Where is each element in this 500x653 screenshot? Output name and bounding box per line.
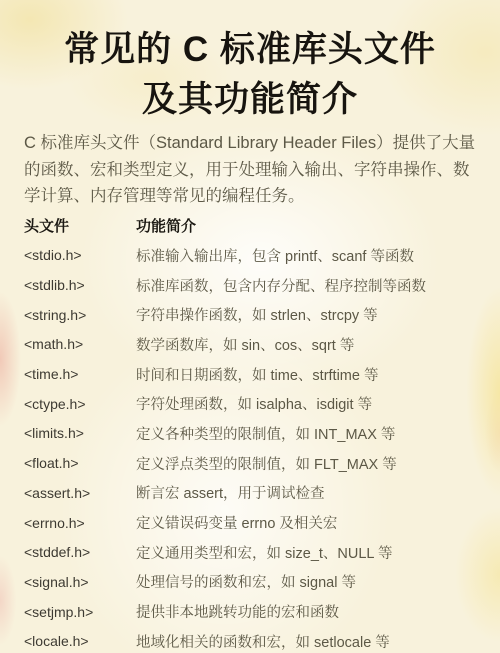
description-cell: 时间和日期函数，如 time、strftime 等 — [136, 364, 500, 385]
table-row: <stdio.h>标准输入输出库，包含 printf、scanf 等函数 — [0, 241, 500, 271]
table-row: <setjmp.h>提供非本地跳转功能的宏和函数 — [0, 597, 500, 627]
description-cell: 字符处理函数，如 isalpha、isdigit 等 — [136, 393, 500, 414]
description-cell: 地域化相关的函数和宏，如 setlocale 等 — [136, 631, 500, 652]
intro-line: 的函数、宏和类型定义，用于处理输入输出、字符串操作、数 — [24, 157, 480, 184]
table-row: <time.h>时间和日期函数，如 time、strftime 等 — [0, 359, 500, 389]
table-row: <string.h>字符串操作函数，如 strlen、strcpy 等 — [0, 300, 500, 330]
intro-line: C 标准库头文件（Standard Library Header Files）提… — [24, 130, 480, 157]
table-row: <float.h>定义浮点类型的限制值，如 FLT_MAX 等 — [0, 448, 500, 478]
header-file-cell: <time.h> — [24, 366, 136, 382]
intro-paragraph: C 标准库头文件（Standard Library Header Files）提… — [0, 130, 500, 210]
description-cell: 定义浮点类型的限制值，如 FLT_MAX 等 — [136, 453, 500, 474]
table-row: <locale.h>地域化相关的函数和宏，如 setlocale 等 — [0, 626, 500, 653]
table-row: <math.h>数学函数库，如 sin、cos、sqrt 等 — [0, 330, 500, 360]
header-file-cell: <stdlib.h> — [24, 277, 136, 293]
header-file-cell: <limits.h> — [24, 425, 136, 441]
title-line-2: 及其功能简介 — [0, 75, 500, 125]
description-cell: 标准输入输出库，包含 printf、scanf 等函数 — [136, 245, 500, 266]
header-file-cell: <string.h> — [24, 307, 136, 323]
header-file-cell: <stddef.h> — [24, 544, 136, 560]
description-cell: 定义通用类型和宏，如 size_t、NULL 等 — [136, 542, 500, 563]
table-row: <limits.h>定义各种类型的限制值，如 INT_MAX 等 — [0, 419, 500, 449]
description-cell: 字符串操作函数，如 strlen、strcpy 等 — [136, 304, 500, 325]
header-file-cell: <errno.h> — [24, 515, 136, 531]
table-row: <stddef.h>定义通用类型和宏，如 size_t、NULL 等 — [0, 537, 500, 567]
description-cell: 标准库函数，包含内存分配、程序控制等函数 — [136, 275, 500, 296]
infographic-page: 常见的 C 标准库头文件 及其功能简介 C 标准库头文件（Standard Li… — [0, 0, 500, 653]
header-file-cell: <stdio.h> — [24, 247, 136, 263]
description-cell: 数学函数库，如 sin、cos、sqrt 等 — [136, 334, 500, 355]
description-cell: 定义错误码变量 errno 及相关宏 — [136, 512, 500, 533]
header-file-cell: <assert.h> — [24, 485, 136, 501]
header-file-table: 头文件 功能简介 <stdio.h>标准输入输出库，包含 printf、scan… — [0, 210, 500, 653]
page-title: 常见的 C 标准库头文件 及其功能简介 — [0, 0, 500, 125]
header-file-cell: <setjmp.h> — [24, 604, 136, 620]
table-row: <assert.h>断言宏 assert，用于调试检查 — [0, 478, 500, 508]
table-row: <stdlib.h>标准库函数，包含内存分配、程序控制等函数 — [0, 270, 500, 300]
table-row: <ctype.h>字符处理函数，如 isalpha、isdigit 等 — [0, 389, 500, 419]
description-cell: 提供非本地跳转功能的宏和函数 — [136, 601, 500, 622]
column-header-file: 头文件 — [24, 215, 136, 236]
table-row: <errno.h>定义错误码变量 errno 及相关宏 — [0, 508, 500, 538]
description-cell: 处理信号的函数和宏，如 signal 等 — [136, 571, 500, 592]
description-cell: 断言宏 assert，用于调试检查 — [136, 482, 500, 503]
intro-line: 学计算、内存管理等常见的编程任务。 — [24, 183, 480, 210]
column-header-description: 功能简介 — [136, 215, 500, 236]
description-cell: 定义各种类型的限制值，如 INT_MAX 等 — [136, 423, 500, 444]
title-line-1: 常见的 C 标准库头文件 — [0, 25, 500, 75]
header-file-cell: <math.h> — [24, 336, 136, 352]
table-header-row: 头文件 功能简介 — [0, 210, 500, 241]
header-file-cell: <locale.h> — [24, 633, 136, 649]
header-file-cell: <ctype.h> — [24, 396, 136, 412]
table-body: <stdio.h>标准输入输出库，包含 printf、scanf 等函数<std… — [0, 241, 500, 653]
table-row: <signal.h>处理信号的函数和宏，如 signal 等 — [0, 567, 500, 597]
header-file-cell: <signal.h> — [24, 574, 136, 590]
header-file-cell: <float.h> — [24, 455, 136, 471]
